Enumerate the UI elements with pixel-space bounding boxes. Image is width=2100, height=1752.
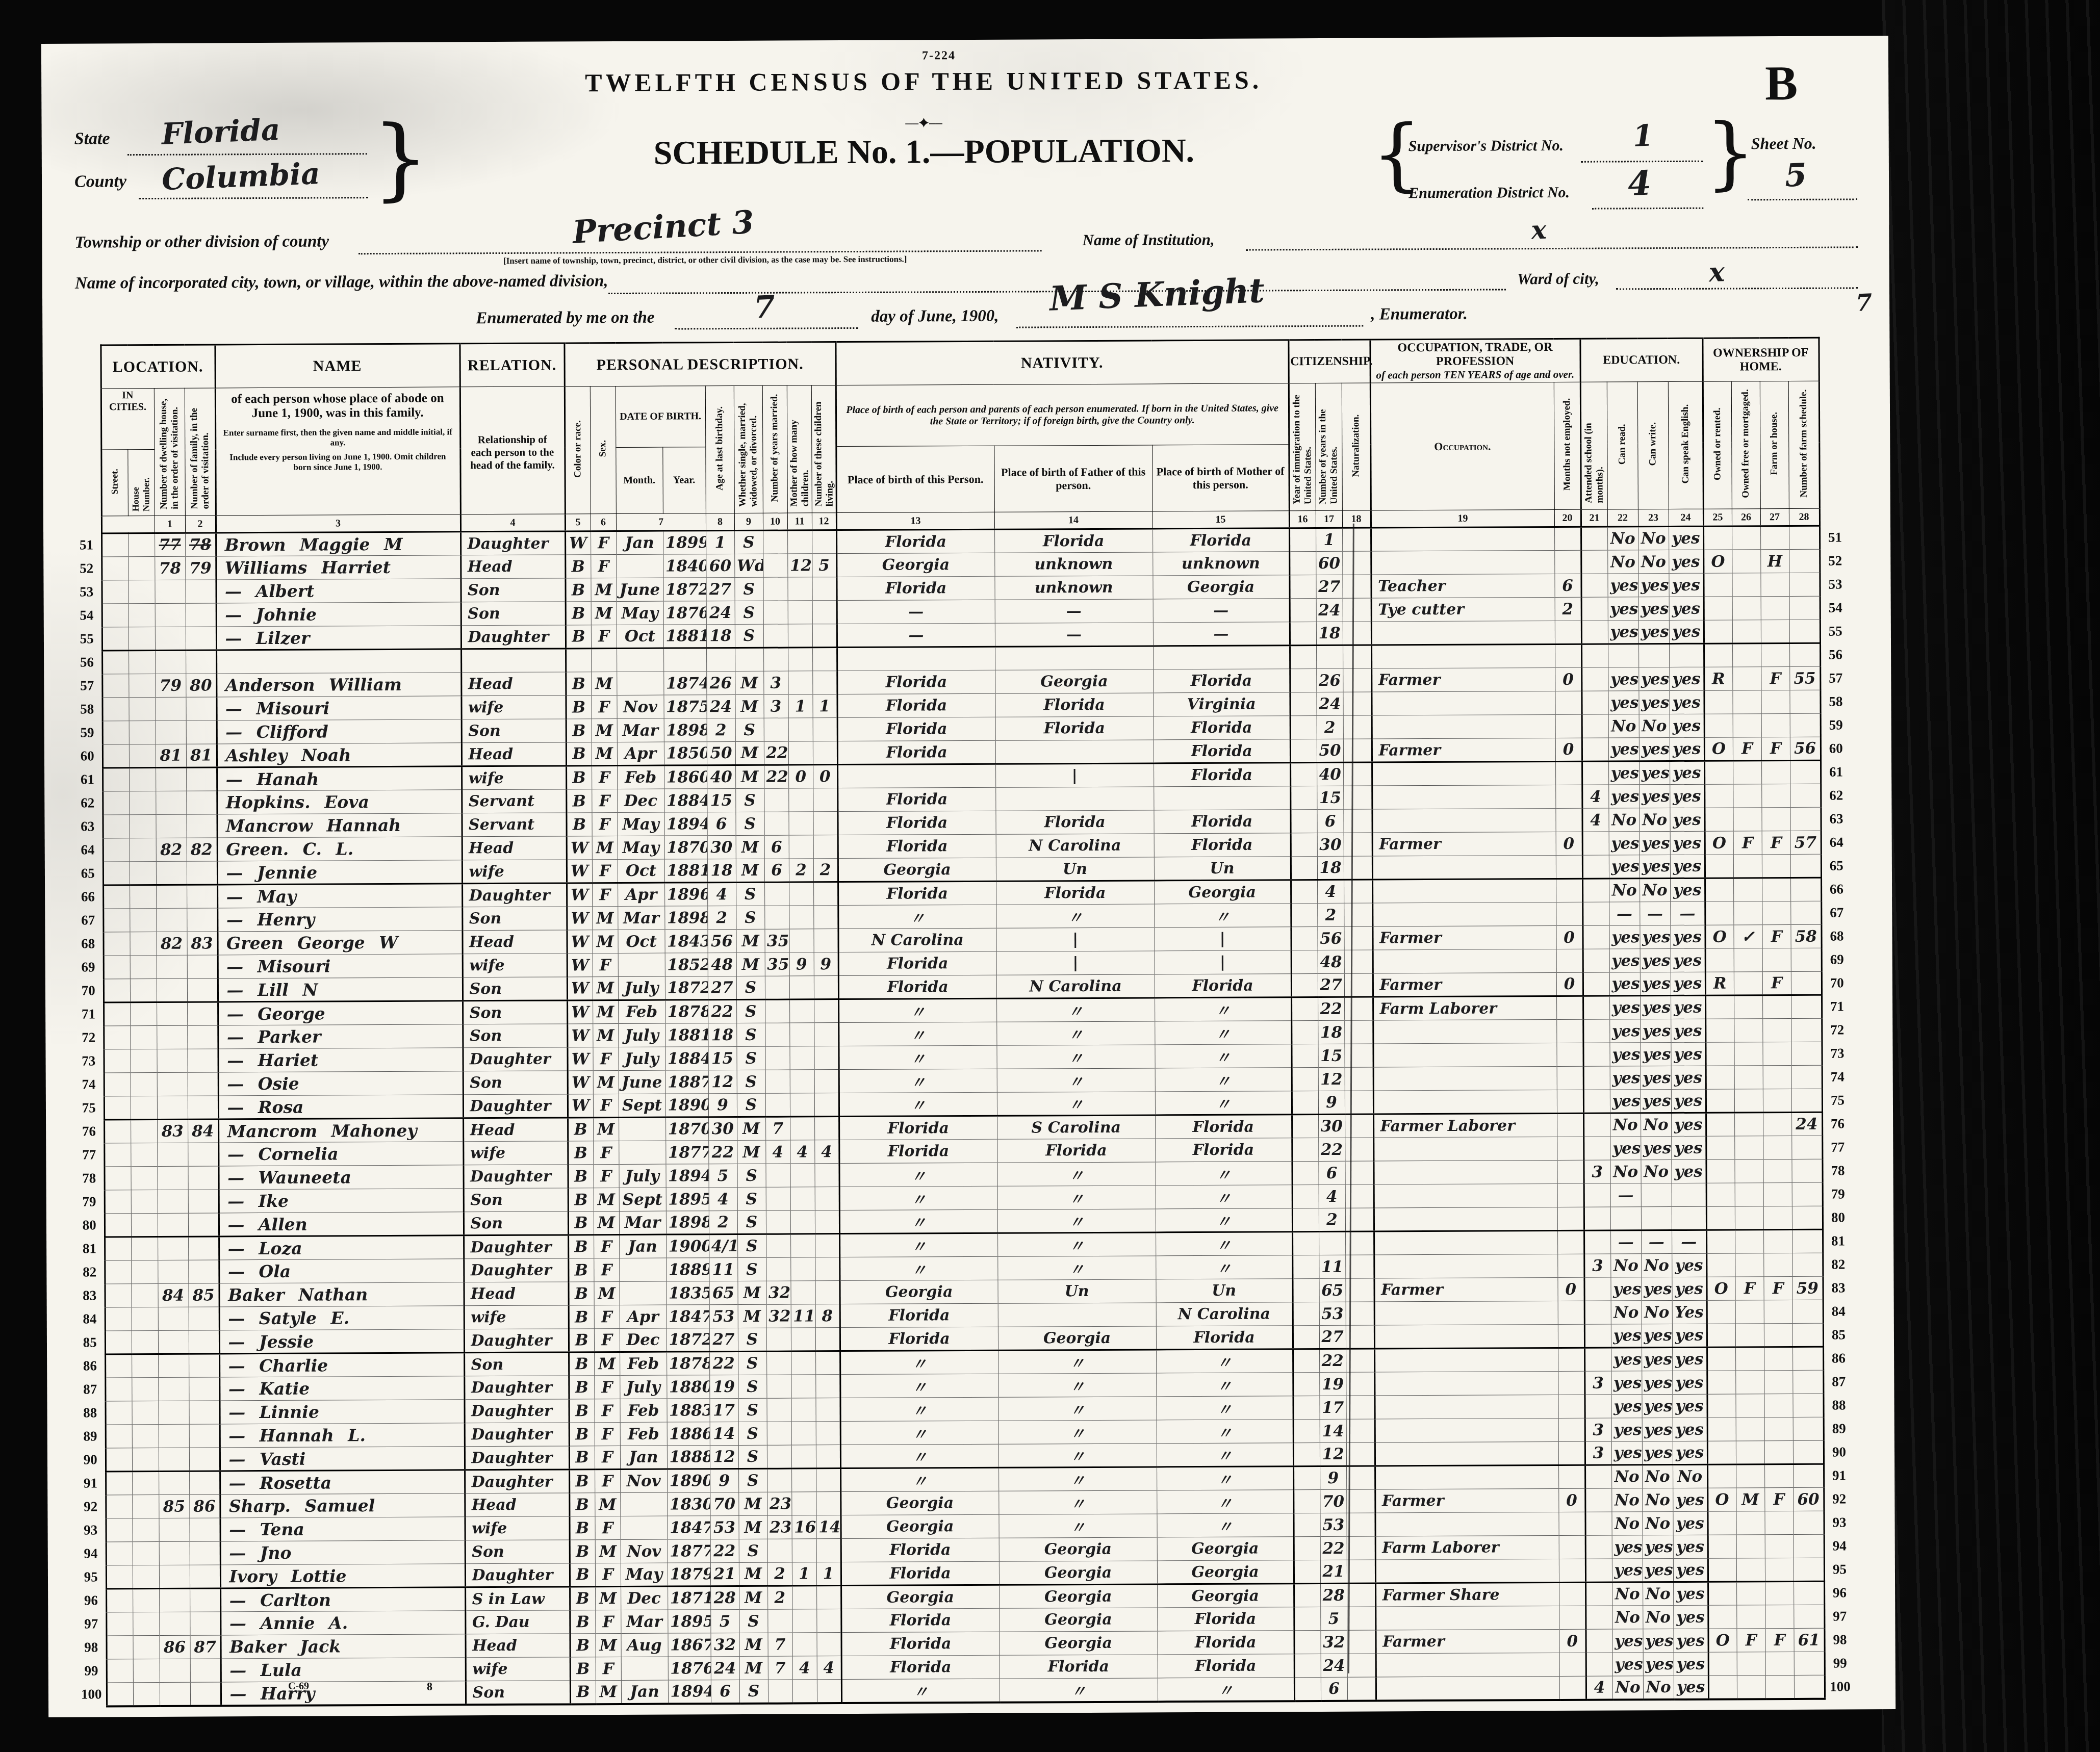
cell-mar: M — [737, 1117, 765, 1140]
cell-wr: yes — [1640, 831, 1670, 855]
cell-nat — [1347, 1513, 1375, 1536]
cell-fm — [1733, 808, 1762, 831]
cell-sp: yes — [1672, 1324, 1707, 1347]
cell-fh — [1763, 1206, 1792, 1229]
cell-pf — [995, 740, 1154, 764]
cell-color: B — [570, 1587, 595, 1610]
cell-fh — [1761, 596, 1789, 620]
cell-house — [130, 908, 156, 932]
cell-pf: Un — [998, 1279, 1156, 1303]
cell-sch — [1584, 1348, 1611, 1371]
cell-ym: 3 — [763, 694, 788, 718]
cell-mo — [792, 1539, 816, 1562]
cell-fs — [1789, 596, 1820, 620]
cell-rel: Daughter — [463, 1165, 568, 1189]
cell-pb: Florida — [837, 693, 995, 717]
cell-street — [106, 1612, 133, 1636]
cell-yim — [1290, 692, 1317, 716]
cell-own — [1705, 948, 1734, 972]
cell-mne — [1555, 621, 1581, 644]
cell-fam — [186, 720, 217, 744]
cell-yim — [1291, 974, 1318, 997]
cell-mne — [1557, 1160, 1584, 1183]
row-number-right: 67 — [1821, 901, 1851, 924]
cell-name: — Lula — [221, 1658, 466, 1682]
cell-pb: 〃 — [841, 1679, 1000, 1703]
plate-mark-left: C-69 — [288, 1681, 309, 1692]
row-number-left: 92 — [76, 1495, 106, 1518]
cell-dw — [156, 814, 186, 838]
cell-dw — [157, 1002, 187, 1025]
cell-ym — [766, 1375, 791, 1398]
colnum-1: 1 — [155, 516, 185, 533]
cell-street — [106, 1565, 133, 1589]
enumerated-day-rule — [675, 327, 858, 330]
cell-pb: Florida — [841, 1655, 1000, 1679]
cell-by: 1895 — [668, 1610, 710, 1633]
cell-rd: No — [1611, 1465, 1642, 1488]
cell-name: — Allen — [219, 1212, 464, 1236]
colnum-9: 9 — [734, 513, 763, 530]
cell-color: W — [567, 930, 592, 954]
cell-street — [101, 580, 128, 604]
colnum-5: 5 — [565, 514, 591, 531]
cell-yim — [1291, 880, 1317, 904]
cell-fs — [1792, 1182, 1823, 1206]
cell-fs — [1790, 807, 1821, 831]
cell-occ — [1373, 1043, 1557, 1067]
cell-ym — [766, 1398, 791, 1422]
cell-own — [1703, 526, 1732, 550]
cell-mo — [790, 1257, 815, 1281]
cell-rd: yes — [1610, 1137, 1641, 1160]
cell-cl — [815, 1234, 839, 1257]
cell-fs — [1789, 526, 1820, 549]
cell-bm: May — [621, 1563, 668, 1586]
cell-pm — [1154, 786, 1290, 810]
cell-sp: yes — [1670, 761, 1704, 784]
cell-pm: — — [1153, 622, 1290, 646]
cell-fh — [1762, 878, 1790, 901]
cell-yrs: 65 — [1319, 1278, 1346, 1302]
cell-fh — [1761, 573, 1789, 596]
cell-rel: Head — [462, 742, 566, 766]
cell-mne — [1556, 808, 1582, 832]
row-number-left: 69 — [74, 956, 104, 979]
cell-dw — [155, 627, 186, 650]
cell-mar: M — [738, 1492, 767, 1515]
cell-occ — [1374, 1301, 1558, 1325]
name-desc: of each person whose place of abode on J… — [217, 388, 458, 424]
cell-wr: No — [1640, 878, 1670, 901]
cell-name: — Ike — [219, 1189, 464, 1213]
cell-own — [1707, 1324, 1735, 1347]
cell-fam — [187, 978, 218, 1002]
cell-ym — [767, 1468, 791, 1492]
cell-age: 21 — [710, 1562, 739, 1586]
cell-pm: 〃 — [1155, 1021, 1291, 1045]
cell-sch — [1582, 714, 1608, 738]
cell-fh — [1761, 620, 1789, 643]
cell-rel: Head — [462, 930, 567, 954]
cell-color: W — [567, 860, 592, 883]
cell-wr: yes — [1641, 1042, 1671, 1066]
cell-sp: yes — [1669, 667, 1704, 690]
cell-by: 1895 — [666, 1188, 709, 1211]
cell-color: B — [568, 1258, 594, 1282]
cell-mne — [1558, 1301, 1584, 1324]
cell-sex: M — [593, 1023, 618, 1047]
cell-yrs — [1319, 1231, 1345, 1255]
cell-mar: S — [738, 1468, 767, 1492]
cell-sex: M — [595, 1633, 621, 1657]
cell-occ — [1376, 1653, 1559, 1677]
cell-occ — [1375, 1606, 1559, 1630]
sheet-value: 5 — [1784, 156, 1808, 194]
cell-cl: 4 — [817, 1656, 841, 1680]
cell-fh: F — [1764, 1487, 1793, 1511]
cell-yim — [1290, 739, 1317, 763]
enumerator-signature: M S Knight — [1049, 270, 1265, 318]
cell-mar: S — [737, 1257, 766, 1281]
cell-pb: 〃 — [839, 1256, 997, 1280]
cell-fs — [1790, 713, 1821, 737]
cell-mo — [790, 1070, 814, 1093]
row-number-right: 61 — [1821, 760, 1851, 784]
cell-age: 2 — [707, 718, 735, 741]
cell-mne — [1558, 1418, 1585, 1441]
cell-mne — [1557, 1183, 1584, 1207]
cell-fm: M — [1736, 1488, 1764, 1511]
cell-rd: No — [1610, 1113, 1641, 1137]
col1-label: Number of dwelling house, in the order o… — [158, 392, 181, 509]
cell-mne — [1559, 1535, 1585, 1559]
cell-occ — [1372, 714, 1555, 739]
cell-occ: Farmer — [1372, 832, 1556, 856]
colnum-13: 13 — [836, 512, 994, 530]
col16-header: Year of immigration to the United States… — [1289, 383, 1316, 511]
cell-wr — [1641, 1183, 1672, 1206]
cell-sch — [1583, 949, 1609, 972]
cell-rd: No — [1611, 1301, 1642, 1324]
cell-pb: 〃 — [839, 1233, 997, 1257]
cell-pb: 〃 — [838, 998, 996, 1022]
col20-header: Months not employed. — [1554, 382, 1581, 509]
cell-by: 1877 — [665, 1141, 708, 1164]
cell-pb: Georgia — [840, 1280, 998, 1304]
cell-mar: S — [736, 999, 765, 1023]
cell-ym — [763, 624, 788, 648]
cell-mar: S — [734, 577, 763, 601]
cell-rd: yes — [1609, 925, 1640, 949]
cell-by: 1870 — [665, 1117, 708, 1141]
cell-mne — [1555, 691, 1582, 714]
cell-wr: yes — [1642, 1347, 1672, 1371]
cell-dw — [158, 1354, 189, 1377]
col2-header: Number of family, in the order of visita… — [185, 388, 216, 516]
cell-house — [133, 1588, 159, 1612]
cell-pb: Florida — [841, 1538, 999, 1562]
cell-fh: F — [1762, 831, 1790, 854]
cell-cl — [813, 882, 838, 906]
cell-dw — [156, 908, 187, 932]
cell-mar: M — [735, 694, 763, 718]
cell-sp: yes — [1669, 573, 1704, 597]
cell-bm: July — [618, 1047, 665, 1070]
cell-mar: M — [735, 671, 763, 694]
cell-yim — [1289, 552, 1316, 575]
cell-fs — [1789, 573, 1820, 596]
colnum-16: 16 — [1289, 511, 1316, 528]
col9-header: Whether single, married, widowed, or div… — [734, 385, 763, 513]
supervisor-rule — [1581, 160, 1703, 163]
cell-sex: M — [595, 1586, 621, 1610]
cell-pf: | — [996, 927, 1155, 951]
row-number-left: 56 — [72, 651, 102, 674]
cell-mar: S — [739, 1680, 768, 1704]
cell-occ — [1375, 1559, 1559, 1583]
cell-dw: 84 — [158, 1283, 188, 1307]
cell-name: — Loza — [219, 1235, 464, 1260]
cell-fh — [1765, 1511, 1794, 1534]
cell-wr: yes — [1639, 784, 1670, 808]
cell-pm: Georgia — [1157, 1537, 1294, 1561]
cell-bm: Apr — [620, 1305, 667, 1328]
cell-mar: S — [737, 1164, 765, 1187]
col6-label: Sex. — [597, 440, 608, 457]
cell-color: W — [567, 836, 592, 860]
cell-dw — [158, 1260, 188, 1283]
cell-pf: 〃 — [996, 904, 1154, 928]
cell-house — [129, 650, 155, 674]
cell-sp: yes — [1670, 878, 1705, 901]
cell-house — [130, 1049, 157, 1072]
col12-label: Number of these children living. — [812, 389, 835, 506]
cell-mo — [790, 1234, 815, 1257]
cell-sex: F — [596, 1657, 621, 1680]
cell-wr: yes — [1643, 1629, 1674, 1652]
cell-age: 5 — [708, 1164, 737, 1187]
cell-occ — [1374, 1348, 1558, 1372]
cell-yrs: 6 — [1317, 809, 1344, 833]
cell-occ — [1371, 621, 1555, 645]
cell-yrs: 2 — [1319, 1208, 1345, 1231]
cell-mo — [791, 1375, 815, 1398]
row-number-left: 99 — [77, 1659, 107, 1683]
cell-sp: yes — [1673, 1441, 1707, 1464]
row-number-left: 51 — [72, 533, 101, 557]
cell-rd: No — [1607, 527, 1638, 550]
cell-sp: yes — [1672, 1277, 1707, 1300]
cell-nat — [1342, 528, 1371, 551]
form-code: 7-224 — [878, 49, 1000, 63]
cell-street — [107, 1683, 133, 1707]
cell-fam — [186, 791, 217, 814]
cell-house — [133, 1565, 159, 1588]
cell-rel: Head — [460, 555, 565, 579]
cell-name: Anderson William — [216, 673, 461, 697]
county-rule — [139, 196, 368, 199]
relation-desc: Relationship of each person to the head … — [462, 429, 563, 472]
cell-mo — [789, 929, 813, 952]
cell-sch — [1584, 1324, 1611, 1348]
cell-dw — [157, 1025, 187, 1049]
cell-mo: 11 — [791, 1304, 815, 1328]
cell-pf: Florida — [1000, 1655, 1158, 1679]
cell-street — [102, 651, 129, 674]
cell-mo: 4 — [790, 1140, 814, 1164]
cell-pf: S Carolina — [997, 1115, 1155, 1139]
cell-mo — [791, 1398, 815, 1422]
cell-own: O — [1703, 550, 1732, 573]
cell-occ — [1372, 761, 1555, 786]
cell-sp: — — [1670, 901, 1705, 925]
cell-sp: yes — [1671, 1066, 1706, 1089]
cell-pm: Florida — [1158, 1631, 1294, 1655]
row-number-right: 80 — [1823, 1206, 1853, 1229]
row-number-left: 83 — [75, 1284, 105, 1307]
cell-house — [128, 580, 155, 603]
cell-mo — [789, 1023, 814, 1046]
cell-house — [133, 1541, 159, 1565]
cell-pf: 〃 — [998, 1420, 1157, 1444]
cell-sex: F — [592, 766, 617, 789]
cell-fs — [1791, 1136, 1822, 1159]
row-number-right: 89 — [1824, 1417, 1854, 1440]
cell-street — [106, 1542, 133, 1565]
cell-street — [105, 1378, 132, 1401]
col17-label: Number of years in the United States. — [1317, 387, 1340, 504]
cell-sex: F — [595, 1563, 621, 1586]
cell-bm: Mar — [619, 1211, 666, 1234]
cell-yim — [1293, 1326, 1319, 1349]
cell-street — [104, 1002, 130, 1026]
cell-nat — [1344, 809, 1372, 833]
cell-ym — [768, 1680, 792, 1704]
cell-mo — [788, 812, 813, 835]
cell-by: 1894 — [665, 1164, 708, 1188]
personal-group-header: PERSONAL DESCRIPTION. — [564, 342, 835, 387]
cell-name: Mancrom Mahoney — [218, 1118, 463, 1143]
cell-age: 4 — [709, 1187, 737, 1210]
cell-name: Williams Harriet — [216, 555, 460, 580]
col18-header: Naturalization. — [1342, 383, 1371, 510]
cell-wr — [1638, 644, 1669, 667]
cell-mar: S — [735, 601, 763, 624]
cell-bm — [621, 1657, 668, 1680]
cell-nat — [1347, 1583, 1375, 1607]
cell-street — [103, 815, 129, 838]
cell-fm — [1733, 855, 1762, 878]
cell-ym: 4 — [765, 1140, 790, 1164]
cell-pm: unknown — [1153, 552, 1289, 576]
cell-mne — [1555, 644, 1581, 667]
row-number-left: 66 — [73, 885, 103, 909]
cell-own — [1706, 1113, 1734, 1136]
col24-header: Can speak English. — [1668, 381, 1703, 509]
cell-nat — [1345, 1044, 1373, 1067]
cell-pb: Florida — [840, 1303, 998, 1327]
cell-pf: unknown — [994, 552, 1153, 576]
cell-sch — [1583, 1019, 1609, 1043]
cell-rd: No — [1612, 1512, 1643, 1535]
cell-fs — [1793, 1440, 1824, 1464]
cell-fam — [187, 955, 218, 978]
cell-wr: yes — [1640, 948, 1671, 972]
cell-mar: M — [738, 1304, 766, 1328]
enumerated-day: 7 — [753, 289, 776, 326]
cell-sex: F — [594, 1258, 619, 1281]
cell-mo — [788, 648, 812, 671]
cell-mo — [789, 976, 814, 999]
cell-yrs: 9 — [1318, 1091, 1345, 1114]
cell-fam: 81 — [186, 744, 217, 767]
cell-mo — [789, 835, 813, 859]
cell-fs — [1789, 620, 1820, 643]
cell-wr: No — [1642, 1464, 1673, 1488]
cell-sp: yes — [1674, 1629, 1708, 1652]
population-table: LOCATION. NAME RELATION. PERSONAL DESCRI… — [71, 337, 1855, 1707]
cell-mo: 16 — [791, 1515, 816, 1539]
cell-ym — [766, 1234, 790, 1257]
cell-fh — [1762, 807, 1790, 831]
cell-bm — [617, 672, 663, 695]
cell-age: 60 — [706, 554, 734, 577]
cell-own — [1706, 1066, 1734, 1089]
cell-sch: 4 — [1586, 1676, 1612, 1700]
cell-age: 15 — [708, 1046, 736, 1070]
cell-fm: F — [1735, 1277, 1764, 1300]
cell-sex: M — [592, 907, 618, 930]
cell-fh — [1765, 1534, 1794, 1558]
cell-color: B — [569, 1493, 595, 1516]
cell-rd: No — [1610, 1254, 1641, 1277]
cell-pf: 〃 — [998, 1467, 1157, 1491]
cell-by: 1881 — [663, 625, 706, 648]
cell-fm — [1734, 1019, 1762, 1042]
cell-house — [130, 1002, 157, 1025]
cell-name: — Hannah L. — [220, 1423, 465, 1448]
row-number-left: 95 — [76, 1565, 106, 1589]
cell-sp: No — [1673, 1464, 1707, 1488]
cell-dw — [159, 1448, 189, 1471]
cell-cl — [815, 1210, 839, 1234]
cell-sex: M — [592, 836, 618, 860]
cell-mar: S — [735, 788, 764, 812]
cell-cl: 5 — [812, 554, 836, 577]
cell-fm — [1736, 1605, 1765, 1629]
cell-sex: M — [595, 1492, 620, 1516]
cell-mne — [1557, 1137, 1583, 1160]
cell-own — [1707, 1300, 1735, 1324]
cell-own — [1704, 597, 1732, 620]
cell-fh — [1763, 1253, 1792, 1276]
cell-street — [103, 885, 130, 909]
row-number-right: 92 — [1824, 1487, 1854, 1511]
cell-ym — [763, 577, 787, 601]
cell-bm: Feb — [620, 1399, 667, 1422]
cell-own — [1708, 1652, 1737, 1676]
cell-pf: 〃 — [999, 1514, 1157, 1538]
cell-dw — [158, 1401, 189, 1424]
cell-rd: yes — [1612, 1535, 1643, 1559]
cell-name: Green. C. L. — [217, 837, 462, 861]
cell-fh — [1761, 760, 1790, 784]
cell-fh — [1763, 1159, 1792, 1182]
col16-label: Year of immigration to the United States… — [1291, 387, 1314, 504]
cell-street — [105, 1284, 131, 1307]
cell-house — [128, 533, 155, 556]
